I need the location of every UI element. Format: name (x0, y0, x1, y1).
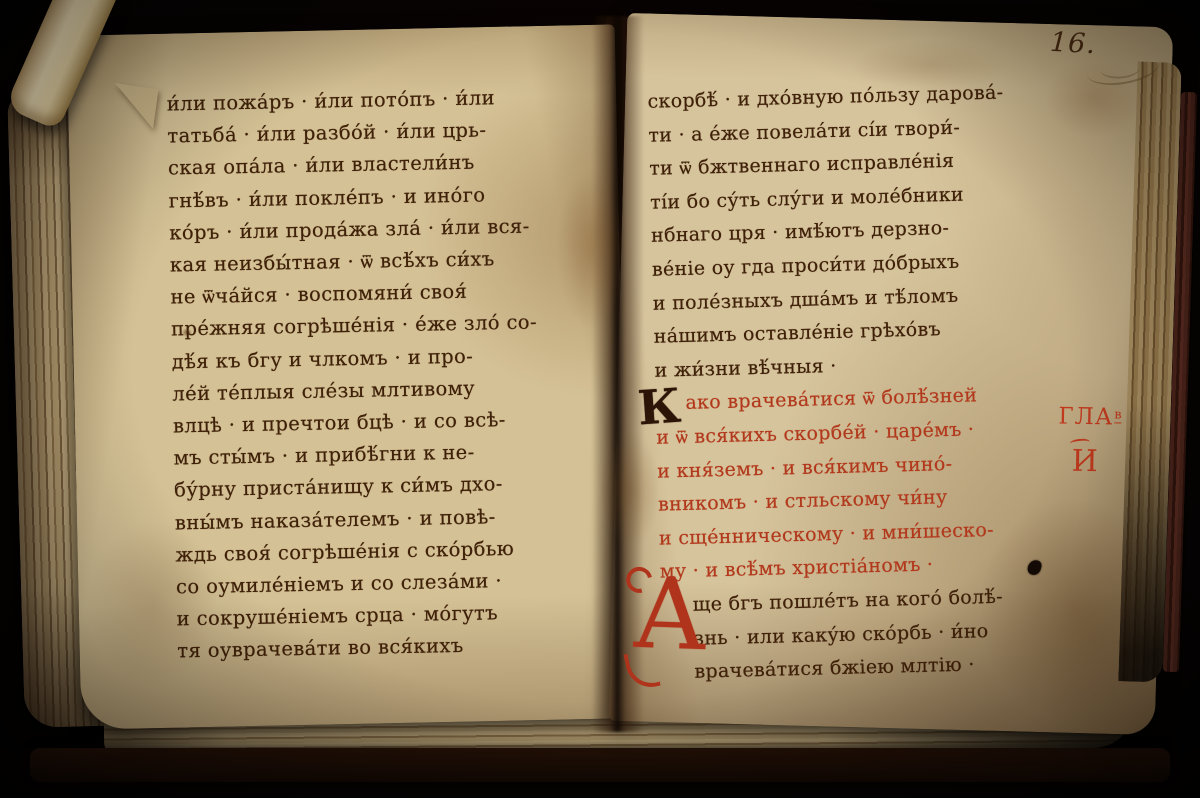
manuscript-photo-scene: и́ли пожа́ръ · и́ли пото́пъ · и́литатьба… (0, 0, 1200, 798)
folded-page-corner (109, 83, 158, 129)
page-number: 16. (1049, 27, 1097, 60)
right-page-text: скорбѣ́ · и дхо́вную по́льзу дарова́-ти … (647, 74, 1099, 690)
chapter-numeral: И (1071, 444, 1098, 479)
margin-note-superscript: в (1114, 407, 1122, 423)
ornate-initial-a: А (631, 565, 709, 666)
left-page-text: и́ли пожа́ръ · и́ли пото́пъ · и́литатьба… (166, 80, 643, 668)
chapter-margin-note: ГЛАв И (1057, 403, 1121, 479)
rubric-initial-k: К (636, 379, 682, 437)
margin-note-word: ГЛА (1058, 403, 1113, 430)
leather-cover-edge (30, 748, 1170, 782)
